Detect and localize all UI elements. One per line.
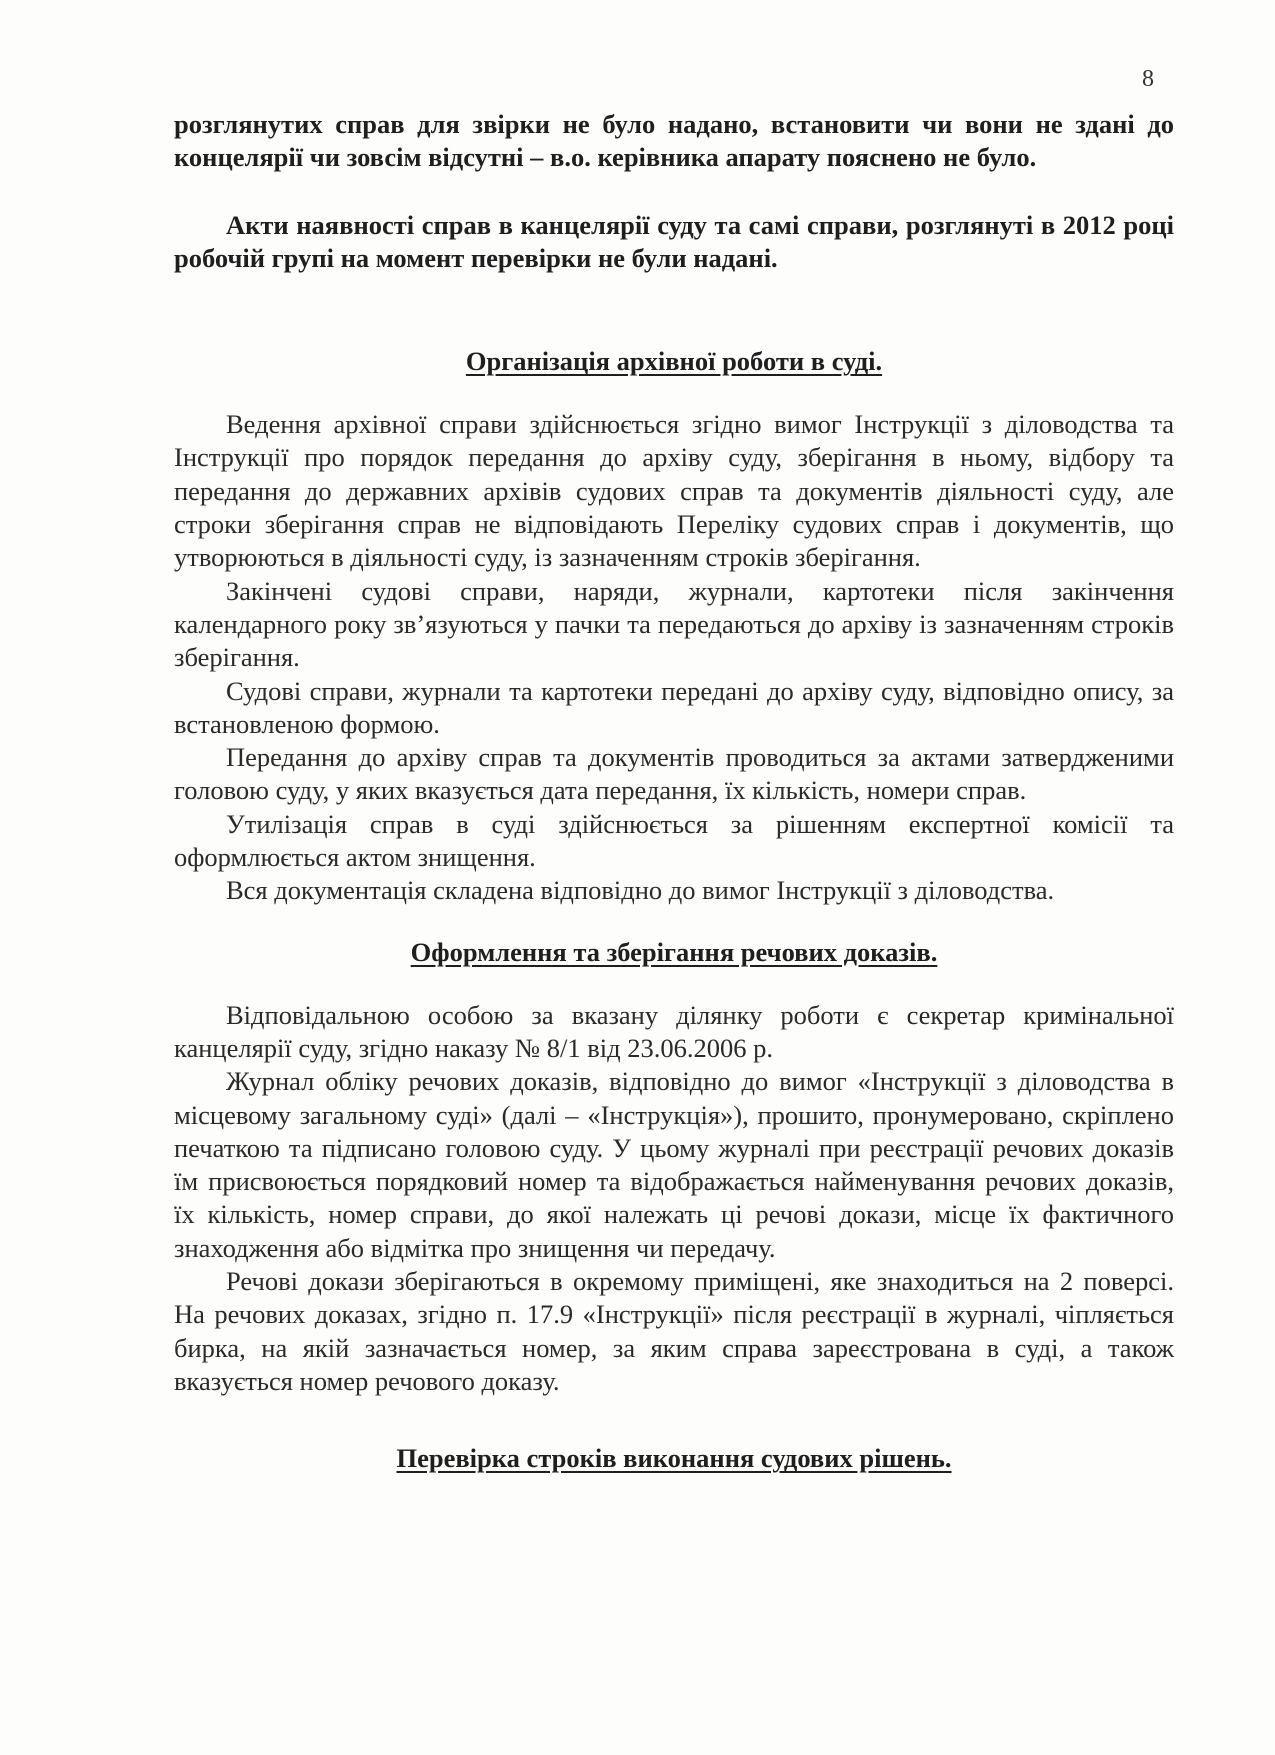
section-paragraph: Речові докази зберігаються в окремому пр… — [174, 1265, 1174, 1398]
intro-paragraph: розглянутих справ для звірки не було над… — [174, 108, 1174, 175]
spacer — [174, 275, 1174, 345]
section-paragraph: Ведення архівної справи здійснюється згі… — [174, 408, 1174, 574]
spacer — [174, 908, 1174, 936]
section-paragraph: Утилізація справ в суді здійснюється за … — [174, 808, 1174, 875]
spacer — [174, 175, 1174, 209]
spacer — [174, 1398, 1174, 1442]
section-paragraph: Відповідальною особою за вказану ділянку… — [174, 999, 1174, 1066]
page-number: 8 — [1142, 66, 1154, 93]
section-heading-archive: Організація архівної роботи в суді. — [174, 345, 1174, 378]
section-paragraph: Вся документація складена відповідно до … — [174, 874, 1174, 907]
section-heading-execution: Перевірка строків виконання судових ріше… — [174, 1442, 1174, 1475]
section-heading-evidence: Оформлення та зберігання речових доказів… — [174, 936, 1174, 969]
intro-paragraph: Акти наявності справ в канцелярії суду т… — [174, 209, 1174, 276]
spacer — [174, 969, 1174, 999]
document-body: розглянутих справ для звірки не було над… — [174, 108, 1174, 1475]
section-paragraph: Журнал обліку речових доказів, відповідн… — [174, 1065, 1174, 1265]
section-paragraph: Судові справи, журнали та картотеки пере… — [174, 675, 1174, 742]
section-paragraph: Закінчені судові справи, наряди, журнали… — [174, 575, 1174, 675]
spacer — [174, 378, 1174, 408]
section-paragraph: Передання до архіву справ та документів … — [174, 741, 1174, 808]
